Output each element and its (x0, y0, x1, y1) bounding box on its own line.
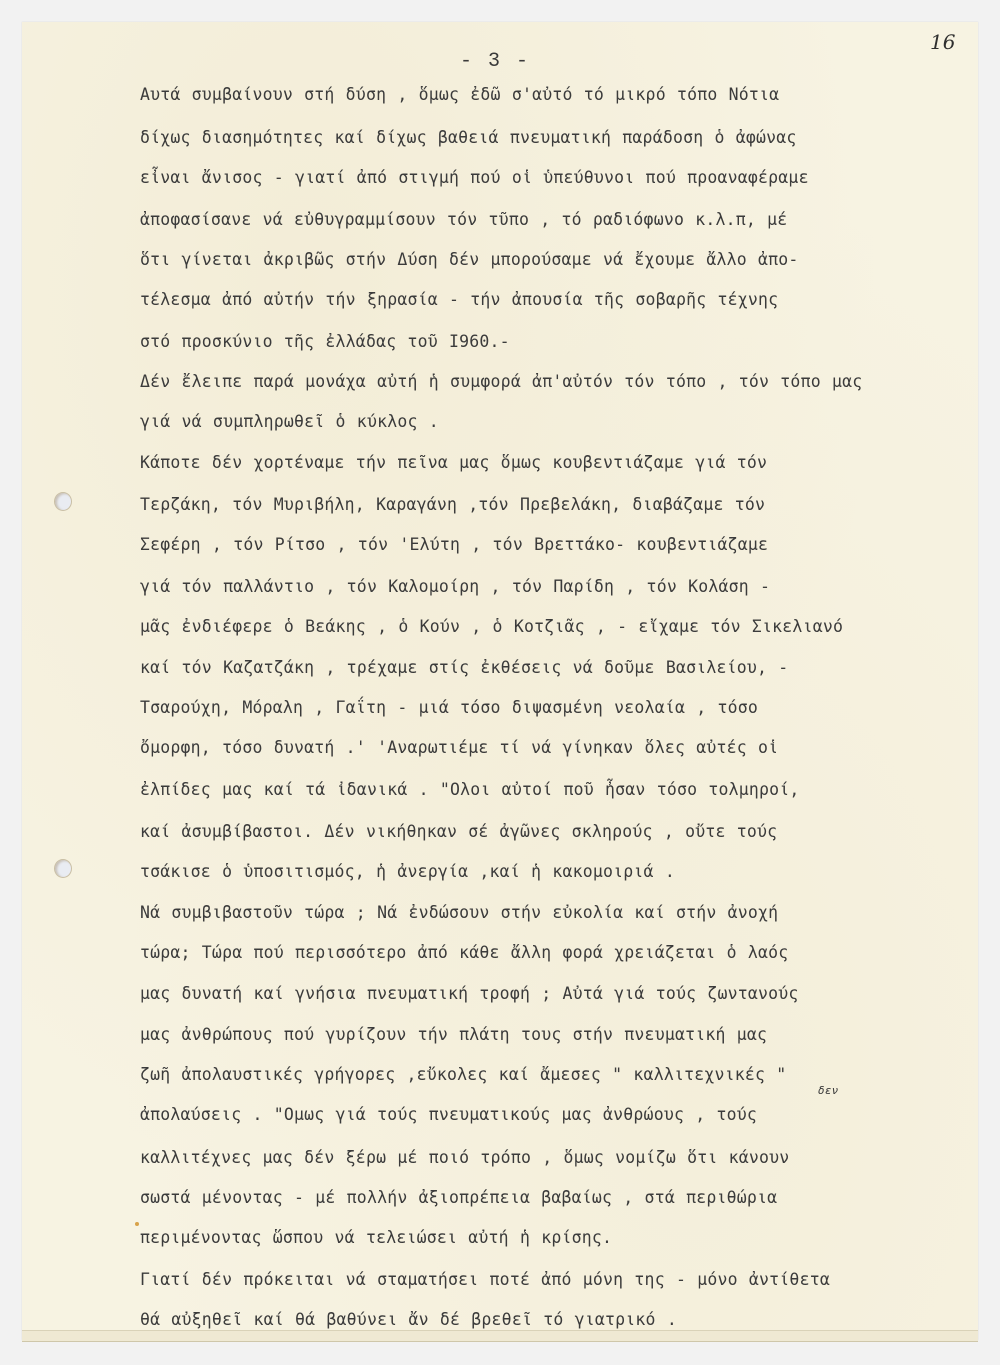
text-line: Νά συμβιβαστοῦν τώρα ; Νά ἐνδώσουν στήν … (140, 903, 778, 922)
text-line: καί ἀσυμβίβαστοι. Δέν νικήθηκαν σέ ἀγῶνε… (140, 822, 777, 841)
text-line: Κάποτε δέν χορτέναμε τήν πεῖνα μας ὅμως … (140, 453, 767, 472)
text-line: Τσαρούχη, Μόραλη , Γαΐτη - μιά τόσο διψα… (140, 698, 758, 717)
text-line: δίχως διασημότητες καί δίχως βαθειά πνευ… (140, 128, 797, 147)
text-line: εἶναι ἄνισος - γιατί ἀπό στιγμή πού οἱ ὑ… (140, 168, 809, 187)
text-line: ἀποφασίσανε νά εὐθυγραμμίσουν τόν τῦπο ,… (140, 210, 787, 229)
text-line: μας δυνατή καί γνήσια πνευματική τροφή ;… (140, 984, 799, 1003)
text-line: ἐλπίδες μας καί τά ἰδανικά . "Ολοι αὐτοί… (140, 780, 800, 799)
punch-hole-icon (54, 859, 72, 878)
text-line: καλλιτέχνες μας δέν ξέρω μέ ποιό τρόπο ,… (140, 1148, 789, 1167)
text-line: τέλεσμα ἀπό αὐτήν τήν ξηρασία - τήν ἀπου… (140, 290, 778, 309)
text-line: μᾶς ἐνδιέφερε ὁ Βεάκης , ὁ Κούν , ὁ Κοτζ… (140, 617, 843, 636)
handwritten-folio-number: 16 (930, 30, 955, 54)
text-line: Γιατί δέν πρόκειται νά σταματήσει ποτέ ἀ… (140, 1270, 830, 1289)
handwritten-insertion: δεν (818, 1084, 838, 1097)
text-line: Αυτά συμβαίνουν στή δύση , ὅμως ἐδῶ σ'αὐ… (140, 85, 779, 104)
text-line: μας ἀνθρώπους πού γυρίζουν τήν πλάτη του… (140, 1025, 767, 1044)
text-line: τσάκισε ὁ ὑποσιτισμός, ἡ ἀνεργία ,καί ἡ … (140, 862, 675, 881)
text-line: ὅτι γίνεται ἀκριβῶς στήν Δύση δέν μπορού… (140, 250, 799, 269)
text-line: Τερζάκη, τόν Μυριβήλη, Καραγάνη ,τόν Πρε… (140, 495, 765, 514)
text-line: γιά τόν παλλάντιο , τόν Καλομοίρη , τόν … (140, 577, 770, 596)
punch-hole-icon (54, 492, 72, 511)
text-line: ὄμορφη, τόσο δυνατή .' 'Αναρωτιέμε τί νά… (140, 738, 778, 757)
text-line: ζωῆ ἀπολαυστικές γρήγορες ,εὔκολες καί ἄ… (140, 1065, 786, 1084)
text-line: τώρα; Τώρα πού περισσότερο ἀπό κάθε ἄλλη… (140, 943, 788, 962)
text-line: Σεφέρη , τόν Ρίτσο , τόν 'Ελύτη , τόν Βρ… (140, 535, 768, 554)
margin-mark (135, 1222, 139, 1226)
text-line: ἀπολαύσεις . "Ομως γιά τούς πνευματικούς… (140, 1105, 757, 1124)
text-line: καί τόν Καζατζάκη , τρέχαμε στίς ἐκθέσει… (140, 658, 788, 677)
text-line: περιμένοντας ὥσπου νά τελειώσει αὐτή ἡ κ… (140, 1228, 612, 1247)
page-number: - 3 - (440, 50, 550, 73)
text-line: γιά νά συμπληρωθεῖ ὁ κύκλος . (140, 412, 439, 431)
text-line: στό προσκύνιο τῆς ἐλλάδας τοῦ Ι960.- (140, 332, 510, 351)
text-line: σωστά μένοντας - μέ πολλήν ἀξιοπρέπεια β… (140, 1188, 777, 1207)
page-edge (22, 1330, 978, 1342)
text-line: θά αὐξηθεῖ καί θά βαθύνει ἄν δέ βρεθεῖ τ… (140, 1310, 677, 1329)
text-line: Δέν ἔλειπε παρά μονάχα αὐτή ἡ συμφορά ἀπ… (140, 372, 862, 391)
